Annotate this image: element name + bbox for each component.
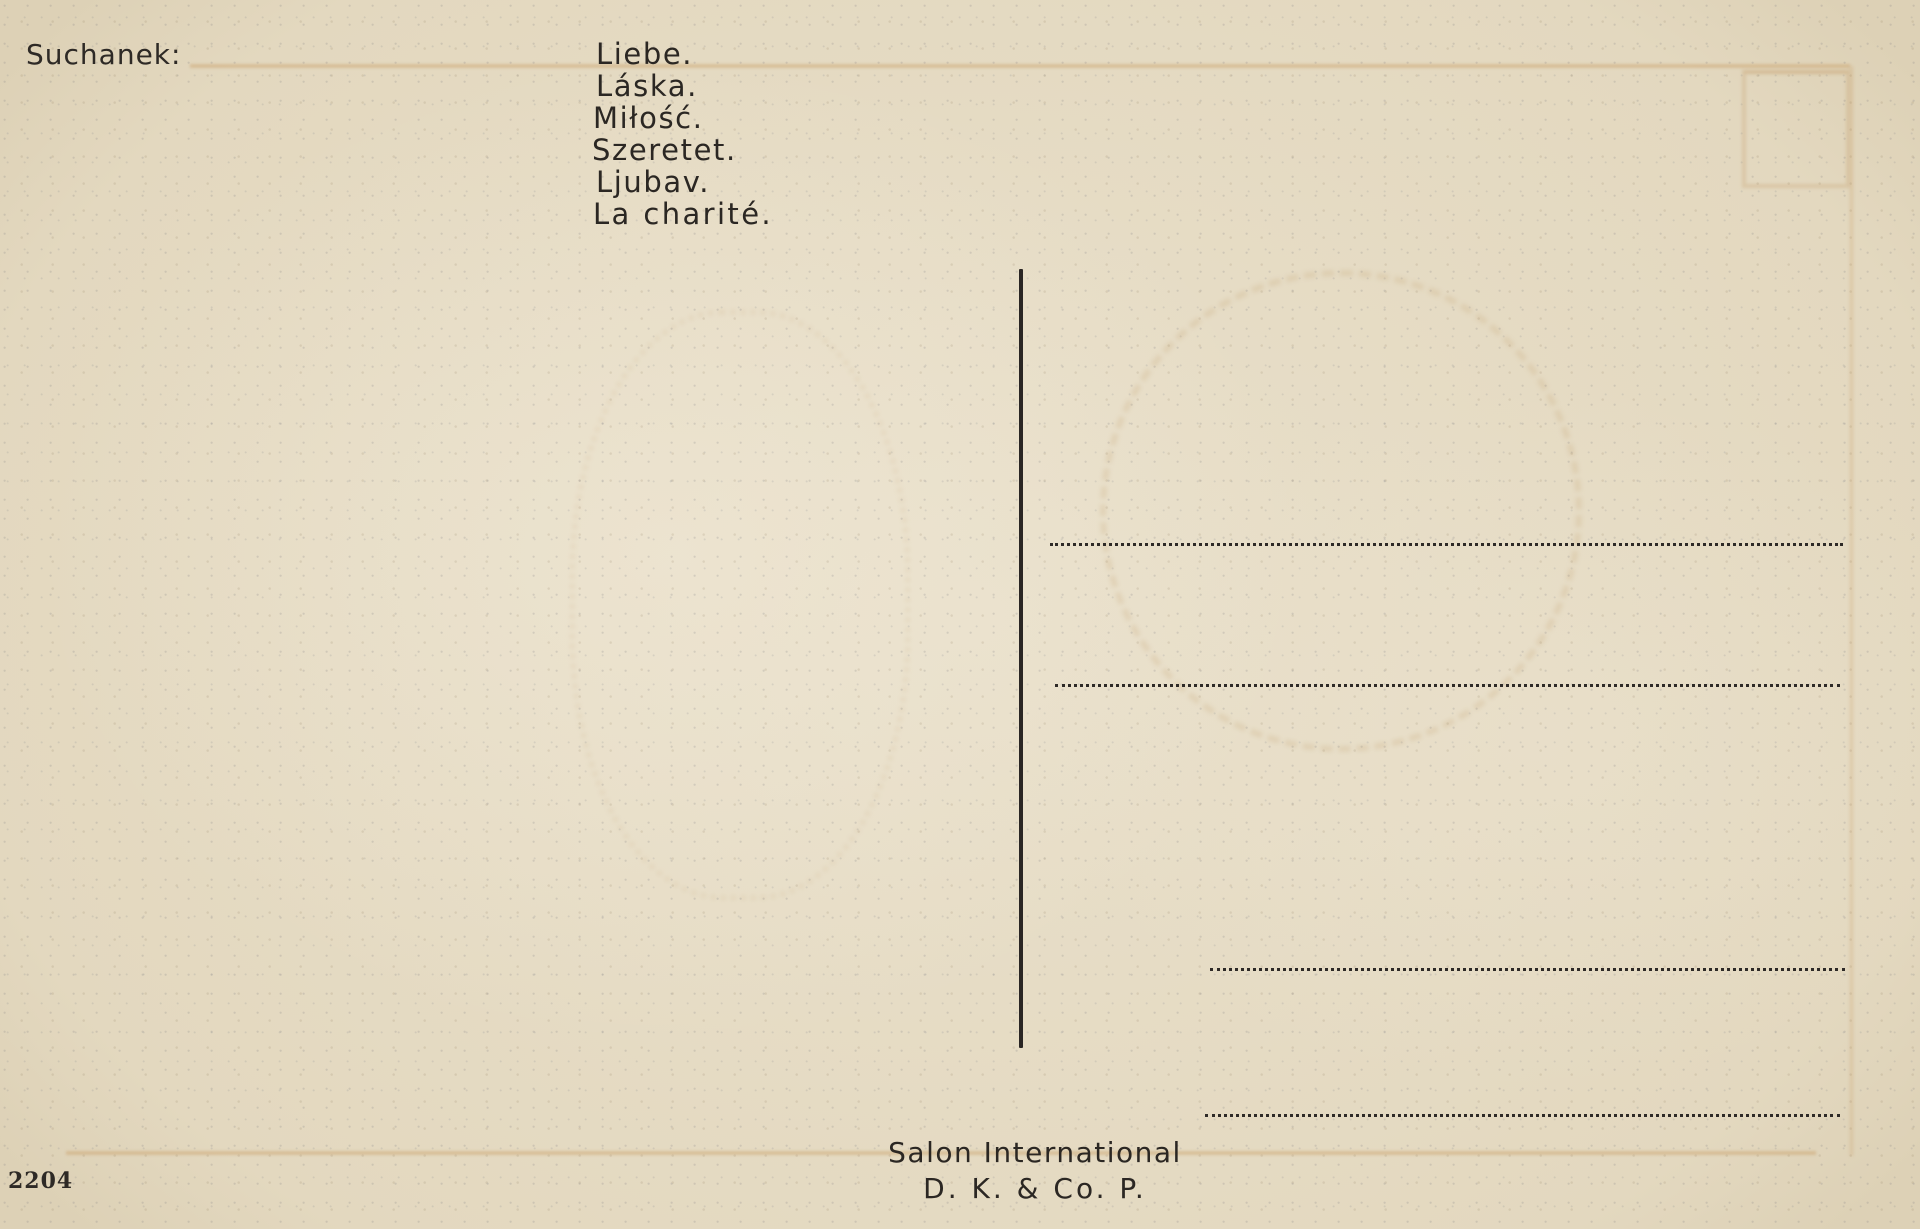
stain-border-right [1850,66,1853,1156]
postcard-back: Suchanek: Liebe. Láska. Miłość. Szeretet… [0,0,1920,1229]
publisher-name: Salon International [860,1135,1210,1171]
address-line-2 [1055,684,1840,687]
postmark-ghost [1100,270,1582,752]
address-line-1 [1050,543,1843,546]
image-ghost [570,310,910,900]
paper-texture [0,0,1920,1229]
title-czech: Láska. [596,70,773,102]
title-croatian: Ljubav. [596,166,773,198]
publisher-code: D. K. & Co. P. [860,1171,1210,1207]
title-polish: Miłość. [593,102,773,134]
title-french: La charité. [593,198,773,230]
stamp-box-ghost [1742,70,1850,188]
title-list: Liebe. Láska. Miłość. Szeretet. Ljubav. … [596,38,773,230]
serial-number: 2204 [8,1168,73,1194]
publisher-imprint: Salon International D. K. & Co. P. [860,1135,1210,1207]
artist-label: Suchanek: [26,38,181,71]
title-hungarian: Szeretet. [592,134,773,166]
title-german: Liebe. [596,38,773,70]
address-line-3 [1210,968,1845,971]
center-divider [1019,269,1023,1048]
stain-border-top [190,64,1850,68]
address-line-4 [1205,1114,1840,1117]
